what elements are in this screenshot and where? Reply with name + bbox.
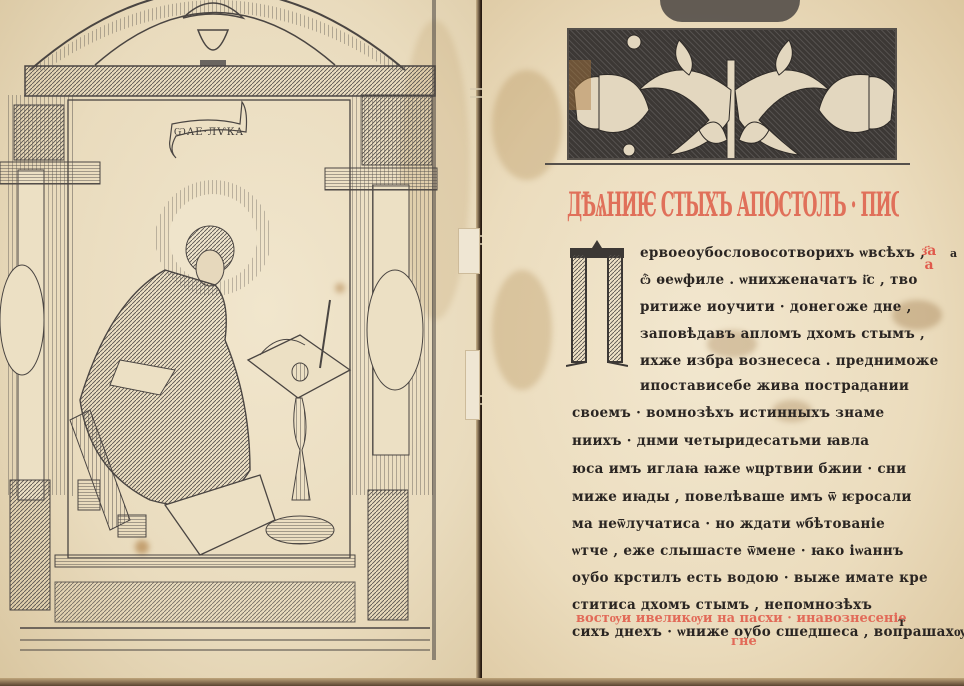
title-line-red: ДѢѦНИѤ СТЫХЪ АПОСТОЛЪ · ПИСАНІѤ СТАГѠ ѤѴ…: [567, 180, 899, 232]
headpiece-crest-ornament: [660, 0, 800, 22]
book-bottom-edge: [0, 678, 964, 686]
text-line: ервоеоубословосотворихъ ѡвсѣхъ ,: [640, 240, 925, 267]
banner-inscription: ѠАЕ·ЛѴКА: [172, 122, 246, 142]
text-line: своемъ · вомнозѣхъ истинныхъ знаме: [572, 400, 884, 427]
water-stain: [492, 270, 552, 390]
book-spread-photo: ѠАЕ·ЛѴКА: [0, 0, 964, 686]
text-line: юса имъ иглаꙗ ꙗже ѡцртвии бжии · сни: [572, 456, 906, 483]
text-line: ритиже иоучити · донегоже дне ,: [640, 294, 912, 321]
text-line: ипостависебе жива пострадании: [640, 373, 909, 400]
text-line: ма неѿлучатиса · но ждати ѡбѣтованіе: [572, 511, 885, 538]
text-line: оубо крстилъ есть водою · выже имате кре: [572, 565, 928, 592]
text-line: ѡтче , еже слышасте ѿмене · ꙗко іѡаннъ: [572, 538, 904, 565]
rubric-line-red: востѹи ивеликѹи на пасхи · инавознесеніе: [576, 610, 907, 626]
text-line: ихже избра вознесеса . предниможе: [640, 348, 939, 375]
decorated-initial-letter: П: [566, 240, 628, 372]
margin-note-line: а: [918, 258, 940, 272]
headpiece-rule: [545, 163, 910, 165]
footer-mark: т: [898, 615, 905, 629]
rubric-line-red: гне: [731, 634, 757, 649]
margin-note-red: з҃а а: [918, 244, 940, 272]
left-page: ѠАЕ·ЛѴКА: [0, 0, 482, 686]
evangelist-woodcut: [0, 0, 470, 660]
paper-repair-patch: [465, 350, 480, 420]
margin-note-line: з҃а: [918, 244, 940, 258]
acanthus-foliage-ornament: [569, 30, 897, 160]
text-line: заповѣдавъ апломъ дхомъ стымъ ,: [640, 321, 925, 348]
text-line: ниихъ · днми четыридесатьми ꙗвла: [572, 428, 869, 455]
paper-repair-patch: [458, 228, 480, 274]
margin-note-black: а: [950, 248, 957, 260]
text-line: миже иꙗды , повелѣваше имъ ѿ ѥросали: [572, 484, 912, 511]
text-line: ѽ ѳеѡфиле . ѡнихженачатъ і҃с , тво: [640, 267, 918, 294]
ornamental-headpiece: [567, 28, 897, 160]
